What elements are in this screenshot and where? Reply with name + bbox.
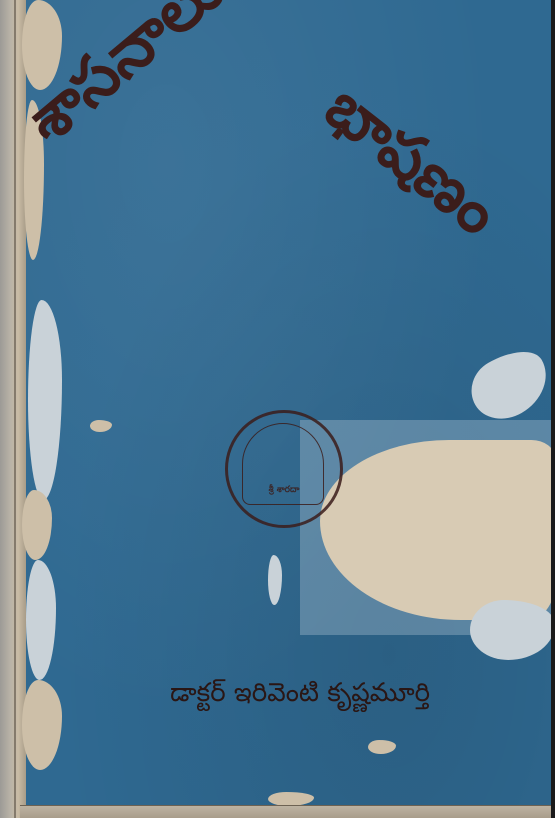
paper-tear [22, 490, 52, 560]
paper-tear [268, 555, 282, 605]
paper-tear [26, 560, 56, 680]
book-cover: శాసనాలు భాషణం శ్రీ శారదా డాక్టర్ ఇరివెంట… [0, 0, 555, 818]
title-word-2: భాషణం [302, 70, 513, 263]
spine-binding-line [14, 0, 16, 818]
paper-tear [268, 792, 314, 806]
paper-tear [368, 740, 396, 754]
paper-tear [460, 339, 555, 431]
paper-tear [28, 300, 62, 500]
book-spine [0, 0, 26, 818]
book-title: శాసనాలు భాషణం [30, 20, 550, 270]
emblem-label: శ్రీ శారదా [228, 485, 340, 497]
author-name: డాక్టర్ ఇరివెంటి కృష్ణమూర్తి [110, 678, 490, 714]
title-word-1: శాసనాలు [11, 0, 248, 169]
bottom-edge [20, 805, 555, 818]
paper-tear [90, 420, 112, 432]
right-edge [551, 0, 555, 818]
paper-tear [22, 680, 62, 770]
paper-tear [470, 600, 555, 660]
publisher-emblem: శ్రీ శారదా [225, 410, 343, 528]
